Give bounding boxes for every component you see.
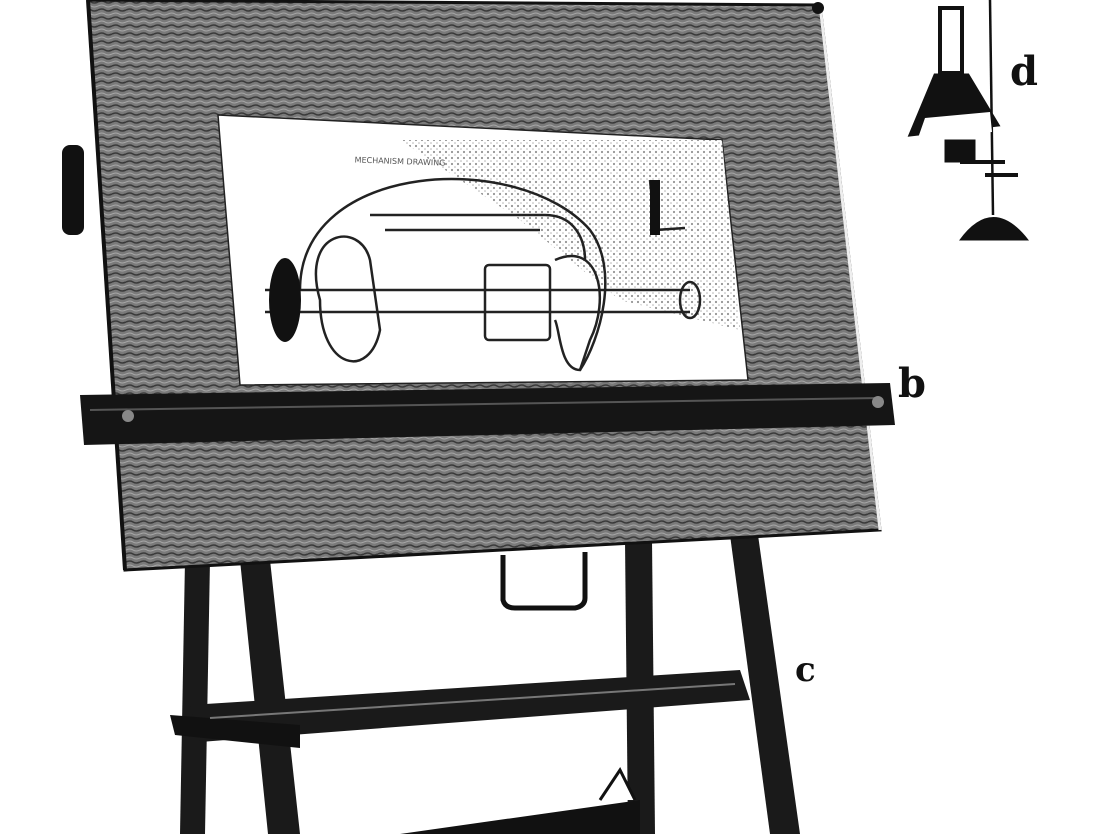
board-clip <box>62 145 84 235</box>
label-d: d <box>1010 48 1038 95</box>
label-b: b <box>898 360 926 407</box>
drafting-table-illustration: MECHANISM DRAWING <box>0 0 1110 834</box>
pinned-drawing: MECHANISM DRAWING <box>218 115 748 385</box>
drawer-handle <box>503 552 585 608</box>
lamp <box>910 0 1028 240</box>
label-c: c <box>795 650 816 690</box>
engraving: MECHANISM DRAWING <box>0 0 1110 834</box>
bottom-tray <box>400 800 640 834</box>
